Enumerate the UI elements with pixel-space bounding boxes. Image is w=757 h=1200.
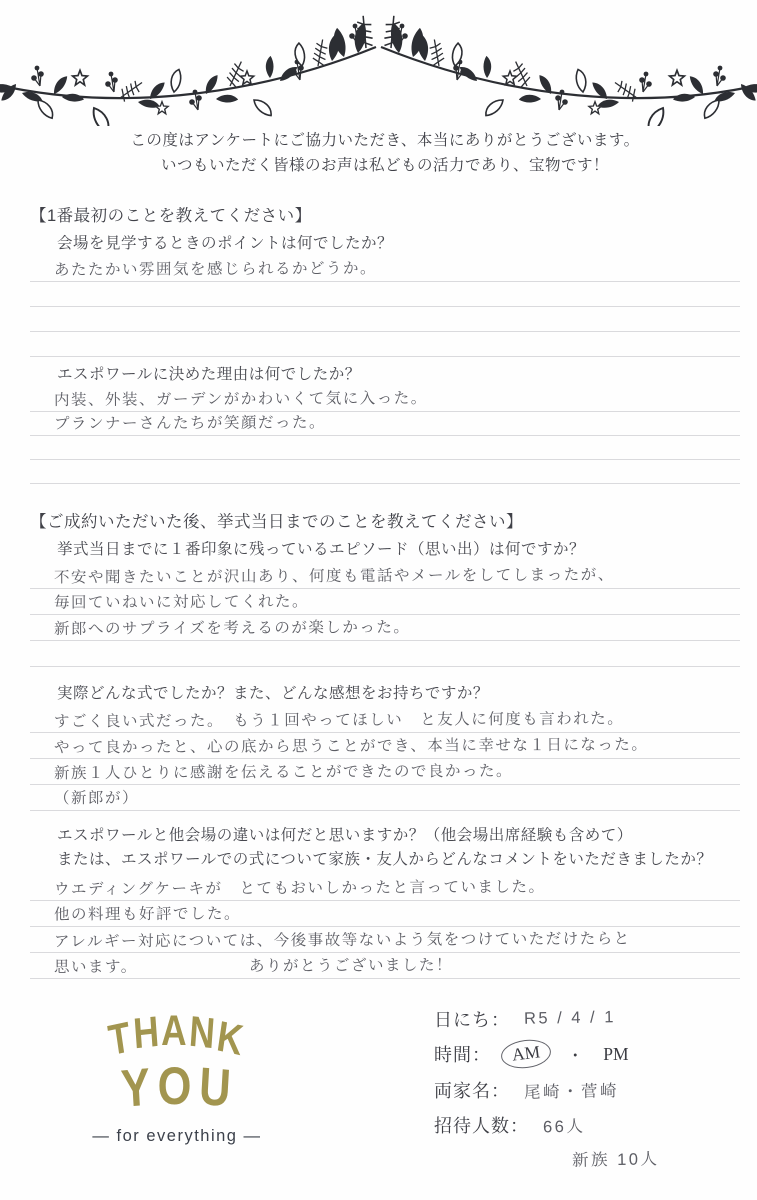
question-5-answer-area: ウエディングケーキが とてもおいしかったと言っていました。 他の料理も好評でした… (30, 875, 740, 979)
answer-line: すごく良い式だった。 もう１回やってほしい と友人に何度も言われた。 (30, 707, 740, 733)
question-2-text: エスポワールに決めた理由は何でしたか？ (30, 364, 740, 386)
question-block-3: 挙式当日までに１番印象に残っているエピソード（思い出）は何ですか？ 不安や聞きた… (30, 539, 740, 667)
event-details: 日にち： R5 / 4 / 1 時間： AM ・ PM 両家名： 尾崎・菅崎 招… (434, 1003, 730, 1179)
answer-line: あたたかい雰囲気を感じられるかどうか。 (30, 257, 740, 282)
form-body: この度はアンケートにご協力いただき、本当にありがとうございます。 いつもいただく… (0, 0, 757, 1179)
answer-line: 思います。 ありがとうございました！ (30, 953, 740, 979)
answer-line (30, 641, 740, 667)
time-label: 時間： (434, 1041, 491, 1067)
answer-line (30, 307, 740, 332)
time-row: 時間： AM ・ PM (434, 1040, 730, 1068)
am-option-circled: AM (499, 1037, 552, 1071)
guests-row: 招待人数： 66人 (434, 1111, 730, 1138)
question-3-answer-area: 不安や聞きたいことが沢山あり、何度も電話やメールをしてしまったが、 毎回ていねい… (30, 563, 740, 667)
answer-line: 内装、外装、ガーデンがかわいくて気に入った。 (30, 388, 740, 412)
section1-header: 【1番最初のことを教えてください】 (30, 202, 740, 226)
answer-line: 新族１人ひとりに感謝を伝えることができたので良かった。 (30, 759, 740, 785)
answer-line: やって良かったと、心の底から思うことができ、本当に幸せな１日になった。 (30, 733, 740, 759)
question-2-answer-area: 内装、外装、ガーデンがかわいくて気に入った。 プランナーさんたちが笑顔だった。 (30, 388, 740, 484)
answer-line (30, 436, 740, 460)
question-4-text: 実際どんな式でしたか？また、どんな感想をお持ちですか？ (30, 683, 740, 705)
footer: THANK YOU — for everything — 日にち： R5 / 4… (30, 1003, 740, 1179)
date-label: 日にち： (434, 1006, 510, 1032)
question-1-text: 会場を見学するときのポイントは何でしたか？ (30, 233, 740, 255)
guests-row-2: 新族 10人 (572, 1144, 730, 1171)
handwritten-answer: 新族１人ひとりに感謝を伝えることができたので良かった。 (54, 759, 513, 783)
scanned-questionnaire-page: この度はアンケートにご協力いただき、本当にありがとうございます。 いつもいただく… (0, 0, 757, 1200)
handwritten-answer: アレルギー対応については、今後事故等ないよう気をつけていただけたらと (54, 927, 631, 952)
intro-line2: いつもいただく皆様のお声は私どもの活力であり、宝物です！ (30, 153, 740, 178)
handwritten-answer: 毎回ていねいに対応してくれた。 (54, 590, 309, 613)
answer-line: ウエディングケーキが とてもおいしかったと言っていました。 (30, 875, 740, 901)
answer-line: 新郎へのサプライズを考えるのが楽しかった。 (30, 615, 740, 641)
answer-line: 毎回ていねいに対応してくれた。 (30, 589, 740, 615)
handwritten-answer: 内装、外装、ガーデンがかわいくて気に入った。 (54, 386, 428, 410)
am-pm-separator: ・ (567, 1043, 583, 1066)
handwritten-answer: 思います。 ありがとうございました！ (54, 953, 453, 977)
thank-you-word-you: YOU (79, 1058, 274, 1116)
floral-garland-illustration (0, 14, 757, 126)
question-block-5: エスポワールと他会場の違いは何だと思いますか？（他会場出席経験も含めて） または… (30, 825, 740, 979)
date-row: 日にち： R5 / 4 / 1 (434, 1005, 730, 1032)
question-block-1: 会場を見学するときのポイントは何でしたか？ あたたかい雰囲気を感じられるかどうか… (30, 233, 740, 357)
question-block-2: エスポワールに決めた理由は何でしたか？ 内装、外装、ガーデンがかわいくて気に入っ… (30, 364, 740, 484)
handwritten-answer: 不安や聞きたいことが沢山あり、何度も電話やメールをしてしまったが、 (54, 563, 615, 588)
question-5-text-line1: エスポワールと他会場の違いは何だと思いますか？（他会場出席経験も含めて） (30, 825, 740, 847)
handwritten-answer: 新郎へのサプライズを考えるのが楽しかった。 (54, 615, 411, 639)
thank-you-word-thank: THANK (79, 1009, 274, 1054)
names-row: 両家名： 尾崎・菅崎 (434, 1076, 730, 1103)
thank-you-logo: THANK YOU — for everything — (58, 1003, 296, 1145)
handwritten-answer: すごく良い式だった。 もう１回やってほしい と友人に何度も言われた。 (54, 707, 624, 732)
answer-line: （新郎が） (30, 785, 740, 811)
section2-header: 【ご成約いただいた後、挙式当日までのことを教えてください】 (30, 508, 740, 532)
names-value: 尾崎・菅崎 (524, 1077, 619, 1103)
answer-line (30, 332, 740, 357)
handwritten-answer: やって良かったと、心の底から思うことができ、本当に幸せな１日になった。 (54, 733, 648, 758)
handwritten-answer: プランナーさんたちが笑顔だった。 (54, 411, 326, 434)
thank-you-subtitle: — for everything — (58, 1127, 296, 1146)
date-value: R5 / 4 / 1 (524, 1008, 616, 1029)
names-label: 両家名： (434, 1077, 510, 1103)
question-5-text-line2: または、エスポワールでの式について家族・友人からどんなコメントをいただきましたか… (30, 849, 740, 871)
answer-line: 不安や聞きたいことが沢山あり、何度も電話やメールをしてしまったが、 (30, 563, 740, 589)
handwritten-answer: 他の料理も好評でした。 (54, 902, 241, 925)
answer-line (30, 282, 740, 307)
pm-option: PM (603, 1044, 628, 1065)
guests-value: 66人 (543, 1112, 586, 1137)
guests-value-relatives: 新族 10人 (572, 1145, 660, 1171)
answer-line: アレルギー対応については、今後事故等ないよう気をつけていただけたらと (30, 927, 740, 953)
answer-line (30, 460, 740, 484)
question-1-answer-area: あたたかい雰囲気を感じられるかどうか。 (30, 257, 740, 357)
guests-label: 招待人数： (434, 1112, 529, 1138)
handwritten-answer: あたたかい雰囲気を感じられるかどうか。 (54, 256, 377, 280)
question-4-answer-area: すごく良い式だった。 もう１回やってほしい と友人に何度も言われた。 やって良か… (30, 707, 740, 811)
answer-line: プランナーさんたちが笑顔だった。 (30, 412, 740, 436)
question-3-text: 挙式当日までに１番印象に残っているエピソード（思い出）は何ですか？ (30, 539, 740, 561)
question-block-4: 実際どんな式でしたか？また、どんな感想をお持ちですか？ すごく良い式だった。 も… (30, 683, 740, 811)
handwritten-answer: （新郎が） (54, 786, 139, 808)
answer-line: 他の料理も好評でした。 (30, 901, 740, 927)
intro-line1: この度はアンケートにご協力いただき、本当にありがとうございます。 (30, 128, 740, 153)
handwritten-answer: ウエディングケーキが とてもおいしかったと言っていました。 (54, 875, 546, 900)
